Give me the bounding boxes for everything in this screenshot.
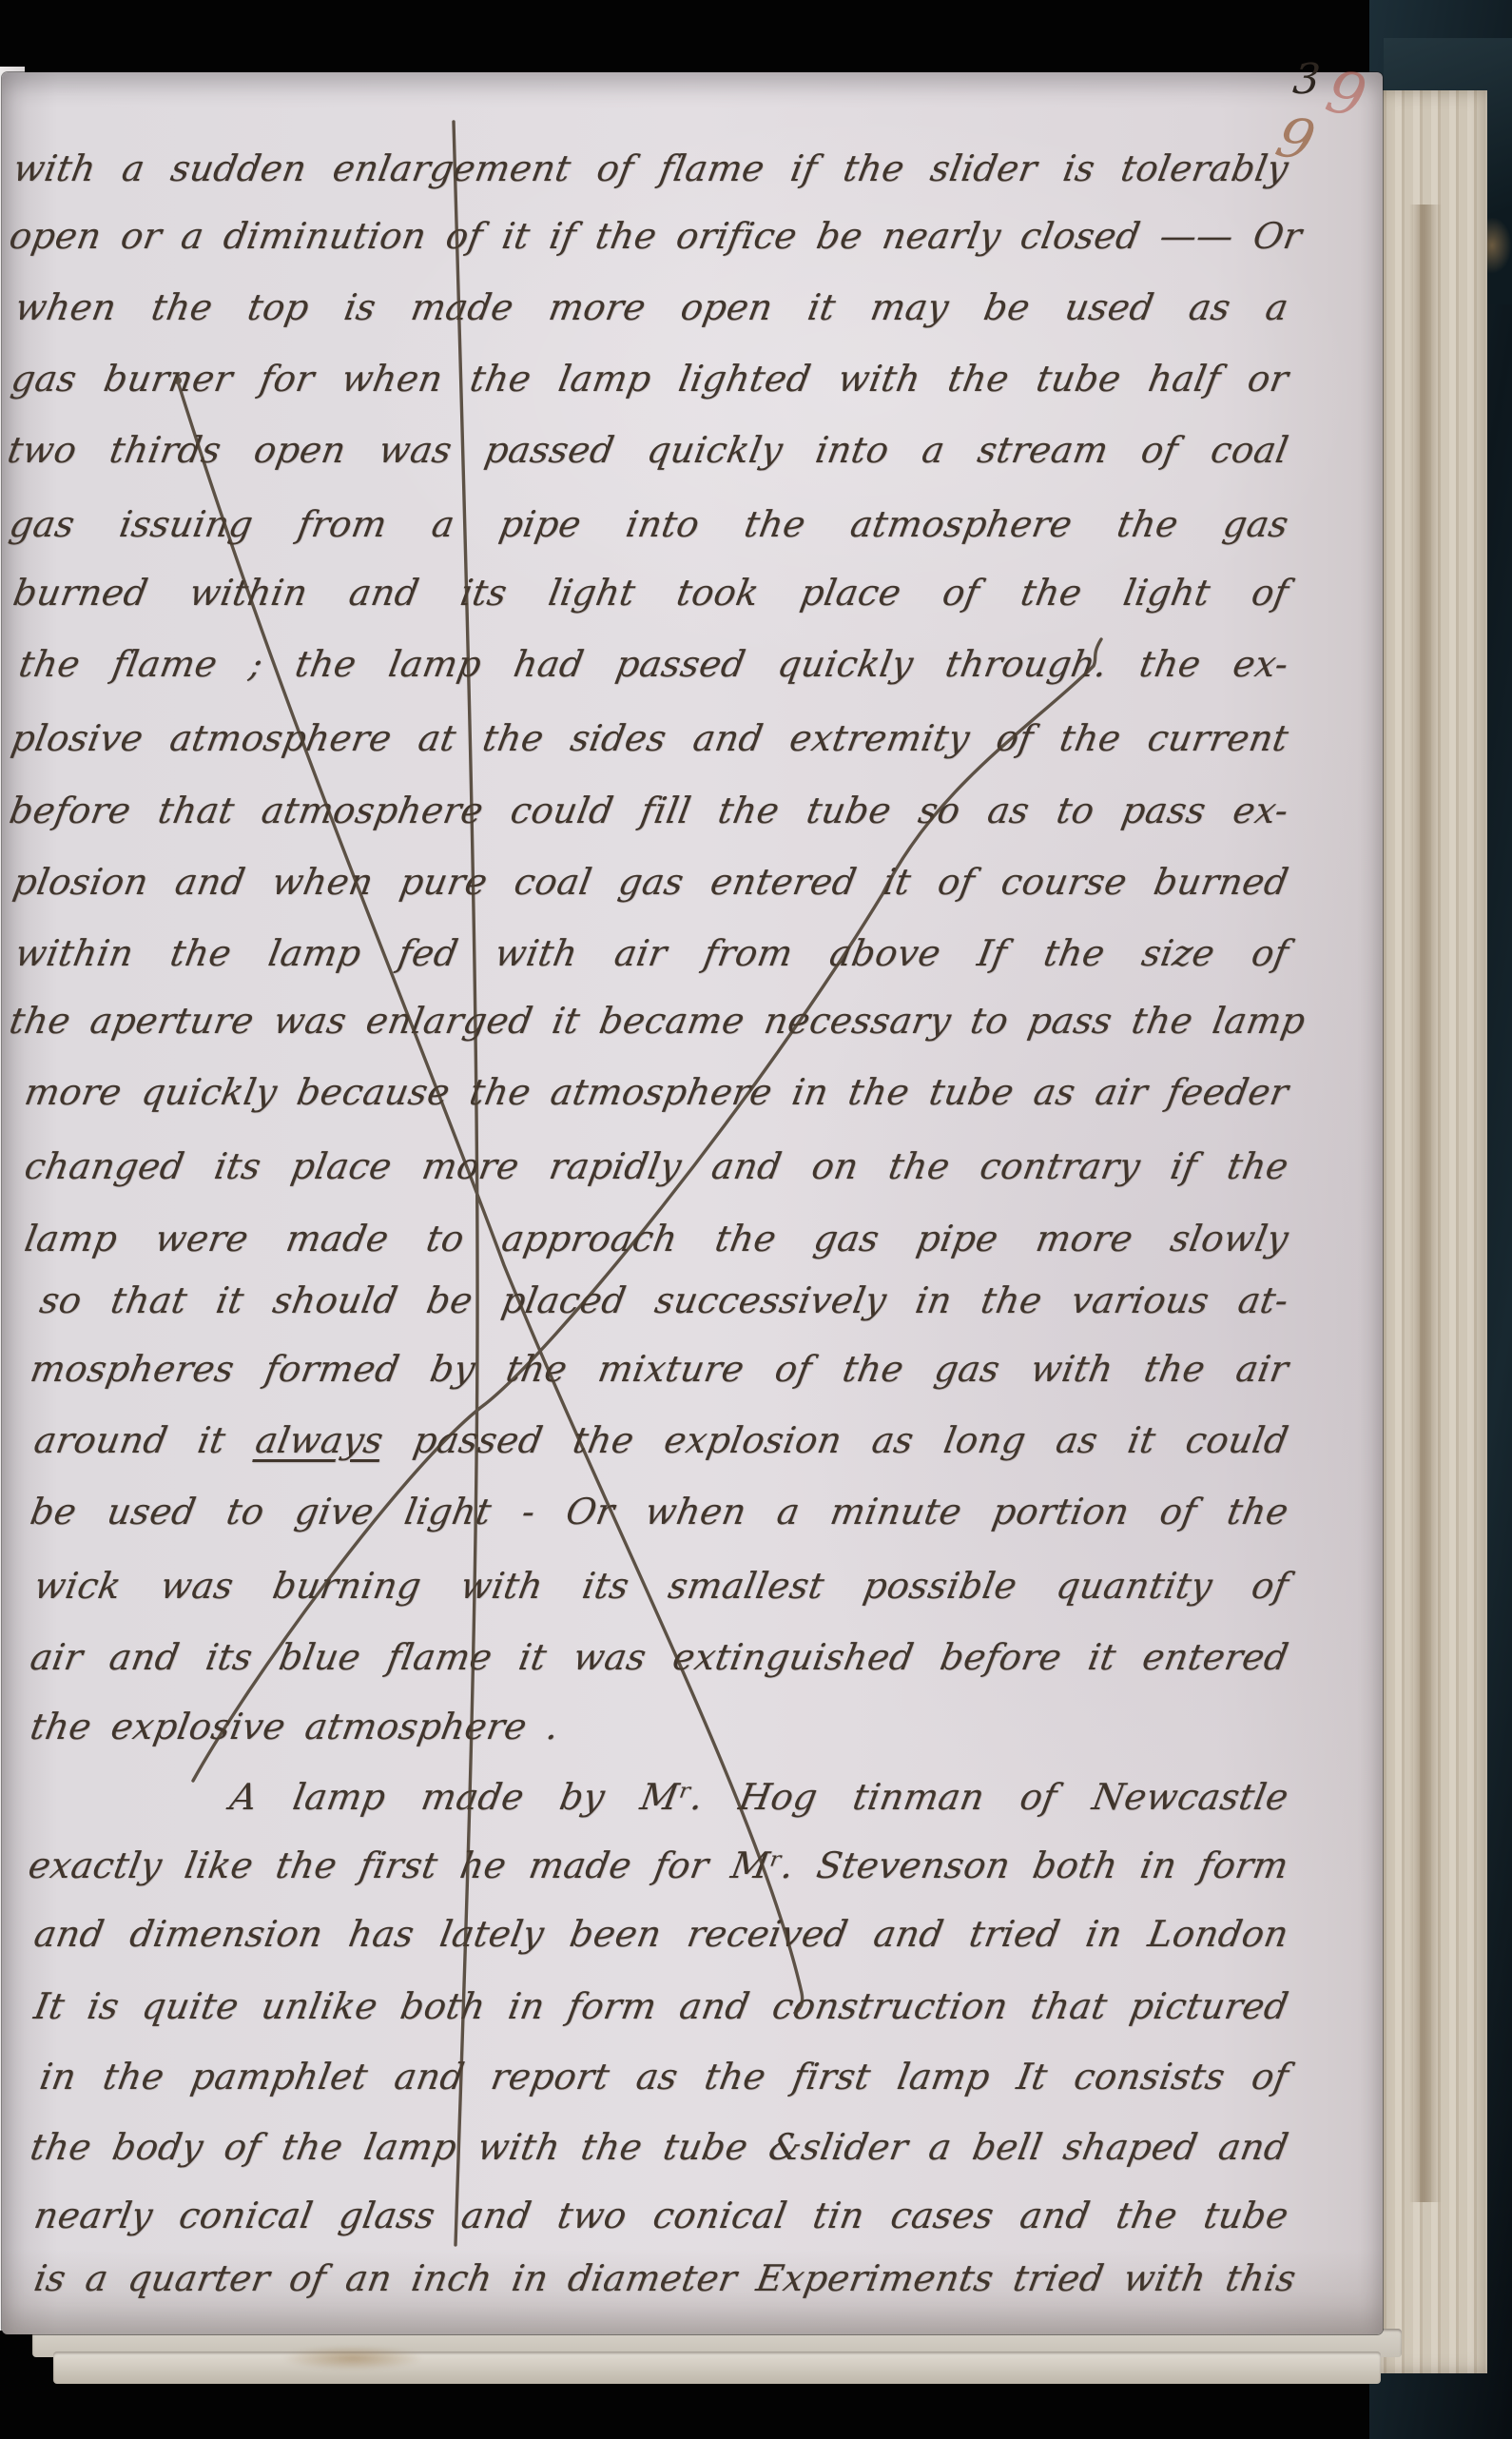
manuscript-line: burned within and its light took place o… xyxy=(9,571,1291,620)
paper-stain xyxy=(281,2346,424,2371)
manuscript-line: mospheres formed by the mixture of the g… xyxy=(26,1347,1291,1396)
manuscript-line: wick was burning with its smallest possi… xyxy=(29,1564,1291,1613)
manuscript-line: open or a diminution of it if the orific… xyxy=(5,214,1291,263)
page-fore-edges xyxy=(1377,90,1487,2373)
manuscript-line: around it always passed the explosion as… xyxy=(29,1418,1291,1468)
manuscript-line: exactly like the first he made for Mʳ. S… xyxy=(24,1844,1291,1893)
manuscript-line: when the top is made more open it may be… xyxy=(10,285,1291,335)
manuscript-line: A lamp made by Mʳ. Hog tinman of Newcast… xyxy=(225,1775,1291,1824)
manuscript-line: It is quite unlike both in form and cons… xyxy=(29,1984,1291,2034)
manuscript-line: the flame ; the lamp had passed quickly … xyxy=(14,642,1291,692)
manuscript-line: two thirds open was passed quickly into … xyxy=(3,428,1291,478)
manuscript-line: is a quarter of an inch in diameter Expe… xyxy=(29,2256,1291,2306)
page-number: 3 xyxy=(1290,55,1322,104)
underlying-page-edge-bottom-2 xyxy=(53,2351,1381,2384)
manuscript-line: plosive atmosphere at the sides and extr… xyxy=(7,716,1291,766)
manuscript-line: the aperture was enlarged it became nece… xyxy=(5,999,1291,1048)
manuscript-line: be used to give light - Or when a minute… xyxy=(26,1490,1291,1539)
manuscript-line: with a sudden enlargement of flame if th… xyxy=(9,146,1291,196)
manuscript-line: the body of the lamp with the tube &slid… xyxy=(26,2125,1291,2175)
manuscript-line: within the lamp fed with air from above … xyxy=(10,931,1291,981)
manuscript-line: the explosive atmosphere . xyxy=(26,1705,1291,1754)
manuscript-line: air and its blue flame it was extinguish… xyxy=(26,1635,1291,1685)
manuscript-line: lamp were made to approach the gas pipe … xyxy=(20,1217,1291,1266)
fore-edge-grime xyxy=(1409,205,1442,2202)
manuscript-page: with a sudden enlargement of flame if th… xyxy=(2,72,1383,2334)
manuscript-line: in the pamphlet and report as the first … xyxy=(35,2055,1291,2104)
manuscript-line: nearly conical glass and two conical tin… xyxy=(29,2194,1291,2243)
manuscript-line: gas burner for when the lamp lighted wit… xyxy=(7,357,1291,406)
manuscript-line: plosion and when pure coal gas entered i… xyxy=(9,860,1291,909)
manuscript-line: changed its place more rapidly and on th… xyxy=(20,1144,1291,1194)
manuscript-line: so that it should be placed successively… xyxy=(35,1278,1291,1328)
manuscript-line: more quickly because the atmosphere in t… xyxy=(20,1070,1291,1120)
scanned-manuscript-page: with a sudden enlargement of flame if th… xyxy=(0,0,1512,2439)
manuscript-line: before that atmosphere could fill the tu… xyxy=(5,789,1291,838)
manuscript-line: and dimension has lately been received a… xyxy=(29,1912,1291,1961)
manuscript-line: gas issuing from a pipe into the atmosph… xyxy=(5,502,1291,552)
